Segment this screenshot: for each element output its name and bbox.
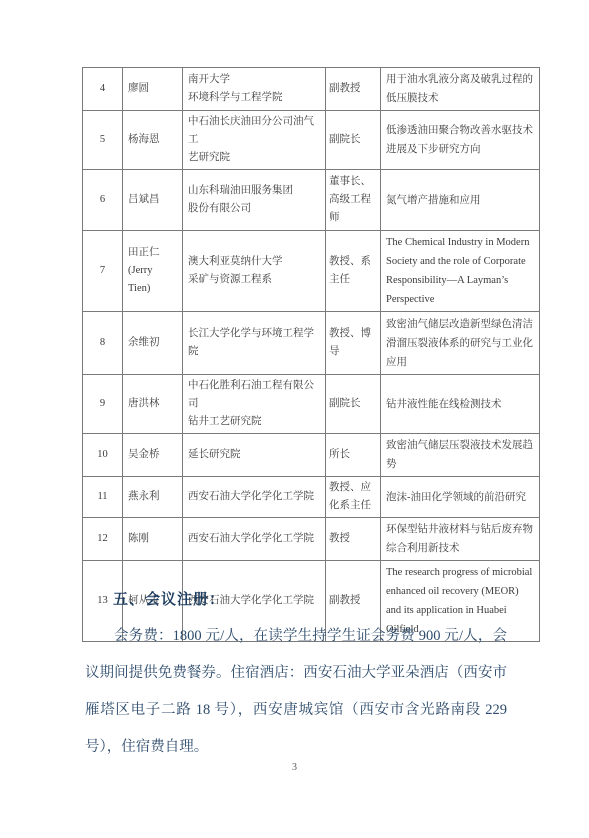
- cell-no: 12: [83, 518, 123, 561]
- cell-no: 9: [83, 375, 123, 434]
- cell-title: 董事长、 高级工程 师: [326, 170, 381, 231]
- table-row: 6 吕斌昌 山东科瑞油田服务集团 股份有限公司 董事长、 高级工程 师 氮气增产…: [83, 170, 540, 231]
- page-number: 3: [0, 762, 589, 773]
- table-row: 10 吴金桥 延长研究院 所长 致密油气储层压裂液技术发展趋 势: [83, 434, 540, 477]
- cell-title: 副教授: [326, 68, 381, 111]
- cell-institution: 西安石油大学化学化工学院: [183, 518, 326, 561]
- section-heading: 五、会议注册：: [85, 588, 507, 609]
- cell-institution: 南开大学 环境科学与工程学院: [183, 68, 326, 111]
- cell-name: 陈刚: [123, 518, 183, 561]
- cell-topic: The Chemical Industry in Modern Society …: [381, 231, 540, 312]
- cell-no: 7: [83, 231, 123, 312]
- table-row: 8 余维初 长江大学化学与环境工程学院 教授、博 导 致密油气储层改造新型绿色清…: [83, 312, 540, 375]
- cell-title: 所长: [326, 434, 381, 477]
- cell-topic: 低渗透油田聚合物改善水驱技术 进展及下步研究方向: [381, 111, 540, 170]
- cell-institution: 中石化胜利石油工程有限公司 钻井工艺研究院: [183, 375, 326, 434]
- cell-topic: 泡沫-油田化学领域的前沿研究: [381, 477, 540, 518]
- cell-topic: 钻井液性能在线检测技术: [381, 375, 540, 434]
- table-row: 11 燕永利 西安石油大学化学化工学院 教授、应 化系主任 泡沫-油田化学领域的…: [83, 477, 540, 518]
- cell-name: 余维初: [123, 312, 183, 375]
- table-row: 4 廖圆 南开大学 环境科学与工程学院 副教授 用于油水乳液分离及破乳过程的 低…: [83, 68, 540, 111]
- cell-title: 副院长: [326, 111, 381, 170]
- cell-name: 唐洪林: [123, 375, 183, 434]
- cell-title: 教授: [326, 518, 381, 561]
- cell-topic: 致密油气储层压裂液技术发展趋 势: [381, 434, 540, 477]
- cell-title: 教授、应 化系主任: [326, 477, 381, 518]
- cell-title: 副院长: [326, 375, 381, 434]
- cell-name: 燕永利: [123, 477, 183, 518]
- cell-topic: 氮气增产措施和应用: [381, 170, 540, 231]
- cell-topic: 致密油气储层改造新型绿色清洁 滑溜压裂液体系的研究与工业化 应用: [381, 312, 540, 375]
- table-row: 9 唐洪林 中石化胜利石油工程有限公司 钻井工艺研究院 副院长 钻井液性能在线检…: [83, 375, 540, 434]
- speaker-table: 4 廖圆 南开大学 环境科学与工程学院 副教授 用于油水乳液分离及破乳过程的 低…: [82, 67, 540, 642]
- cell-institution: 澳大利亚莫纳什大学 采矿与资源工程系: [183, 231, 326, 312]
- cell-topic: 用于油水乳液分离及破乳过程的 低压膜技术: [381, 68, 540, 111]
- document-page: 4 廖圆 南开大学 环境科学与工程学院 副教授 用于油水乳液分离及破乳过程的 低…: [0, 0, 589, 838]
- cell-institution: 长江大学化学与环境工程学院: [183, 312, 326, 375]
- cell-name: 田正仁 (Jerry Tien): [123, 231, 183, 312]
- cell-name: 吴金桥: [123, 434, 183, 477]
- cell-no: 6: [83, 170, 123, 231]
- cell-no: 8: [83, 312, 123, 375]
- cell-no: 11: [83, 477, 123, 518]
- cell-name: 廖圆: [123, 68, 183, 111]
- cell-institution: 中石油长庆油田分公司油气工 艺研究院: [183, 111, 326, 170]
- cell-institution: 西安石油大学化学化工学院: [183, 477, 326, 518]
- cell-institution: 山东科瑞油田服务集团 股份有限公司: [183, 170, 326, 231]
- registration-paragraph: 会务费：1800 元/人，在读学生持学生证会务费 900 元/人，会议期间提供免…: [85, 618, 507, 766]
- cell-title: 教授、博 导: [326, 312, 381, 375]
- table-row: 5 杨海恩 中石油长庆油田分公司油气工 艺研究院 副院长 低渗透油田聚合物改善水…: [83, 111, 540, 170]
- cell-institution: 延长研究院: [183, 434, 326, 477]
- cell-topic: 环保型钻井液材料与钻后废弃物 综合利用新技术: [381, 518, 540, 561]
- registration-section: 五、会议注册： 会务费：1800 元/人，在读学生持学生证会务费 900 元/人…: [85, 588, 507, 766]
- cell-name: 吕斌昌: [123, 170, 183, 231]
- cell-no: 4: [83, 68, 123, 111]
- cell-no: 10: [83, 434, 123, 477]
- cell-no: 5: [83, 111, 123, 170]
- cell-name: 杨海恩: [123, 111, 183, 170]
- table-row: 12 陈刚 西安石油大学化学化工学院 教授 环保型钻井液材料与钻后废弃物 综合利…: [83, 518, 540, 561]
- cell-title: 教授、系 主任: [326, 231, 381, 312]
- table-row: 7 田正仁 (Jerry Tien) 澳大利亚莫纳什大学 采矿与资源工程系 教授…: [83, 231, 540, 312]
